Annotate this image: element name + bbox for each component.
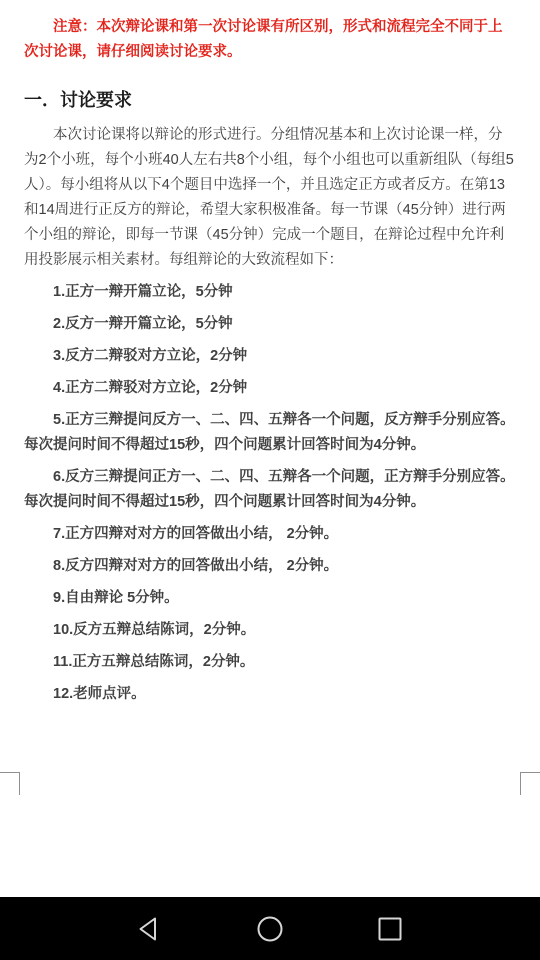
- back-triangle-icon: [136, 915, 164, 943]
- step-item: 10.反方五辩总结陈词，2分钟。: [24, 618, 516, 643]
- intro-paragraph: 本次讨论课将以辩论的形式进行。分组情况基本和上次讨论课一样，分为2个小班，每个小…: [24, 123, 516, 273]
- section-title: 一．讨论要求: [24, 87, 516, 113]
- document-page[interactable]: 注意：本次辩论课和第一次讨论课有所区别，形式和流程完全不同于上次讨论课，请仔细阅…: [0, 0, 540, 960]
- android-navigation-bar: [0, 897, 540, 960]
- recents-square-icon: [376, 915, 404, 943]
- home-circle-icon: [256, 915, 284, 943]
- page-corner-mark-left: [0, 772, 20, 795]
- step-item: 7.正方四辩对对方的回答做出小结， 2分钟。: [24, 522, 516, 547]
- step-item: 1.正方一辩开篇立论，5分钟: [24, 280, 516, 305]
- step-item: 3.反方二辩驳对方立论，2分钟: [24, 344, 516, 369]
- step-item: 4.正方二辩驳对方立论，2分钟: [24, 376, 516, 401]
- notice-text: 注意：本次辩论课和第一次讨论课有所区别，形式和流程完全不同于上次讨论课，请仔细阅…: [24, 15, 516, 65]
- home-button[interactable]: [246, 905, 294, 953]
- step-item: 9.自由辩论 5分钟。: [24, 586, 516, 611]
- step-item: 8.反方四辩对对方的回答做出小结， 2分钟。: [24, 554, 516, 579]
- document-content: 注意：本次辩论课和第一次讨论课有所区别，形式和流程完全不同于上次讨论课，请仔细阅…: [0, 0, 540, 707]
- step-item: 12.老师点评。: [24, 682, 516, 707]
- step-item: 5.正方三辩提问反方一、二、四、五辩各一个问题，反方辩手分别应答。每次提问时间不…: [24, 408, 516, 458]
- step-item: 11.正方五辩总结陈词，2分钟。: [24, 650, 516, 675]
- back-button[interactable]: [126, 905, 174, 953]
- page-corner-mark-right: [520, 772, 540, 795]
- recent-apps-button[interactable]: [366, 905, 414, 953]
- step-item: 2.反方一辩开篇立论，5分钟: [24, 312, 516, 337]
- step-item: 6.反方三辩提问正方一、二、四、五辩各一个问题，正方辩手分别应答。每次提问时间不…: [24, 465, 516, 515]
